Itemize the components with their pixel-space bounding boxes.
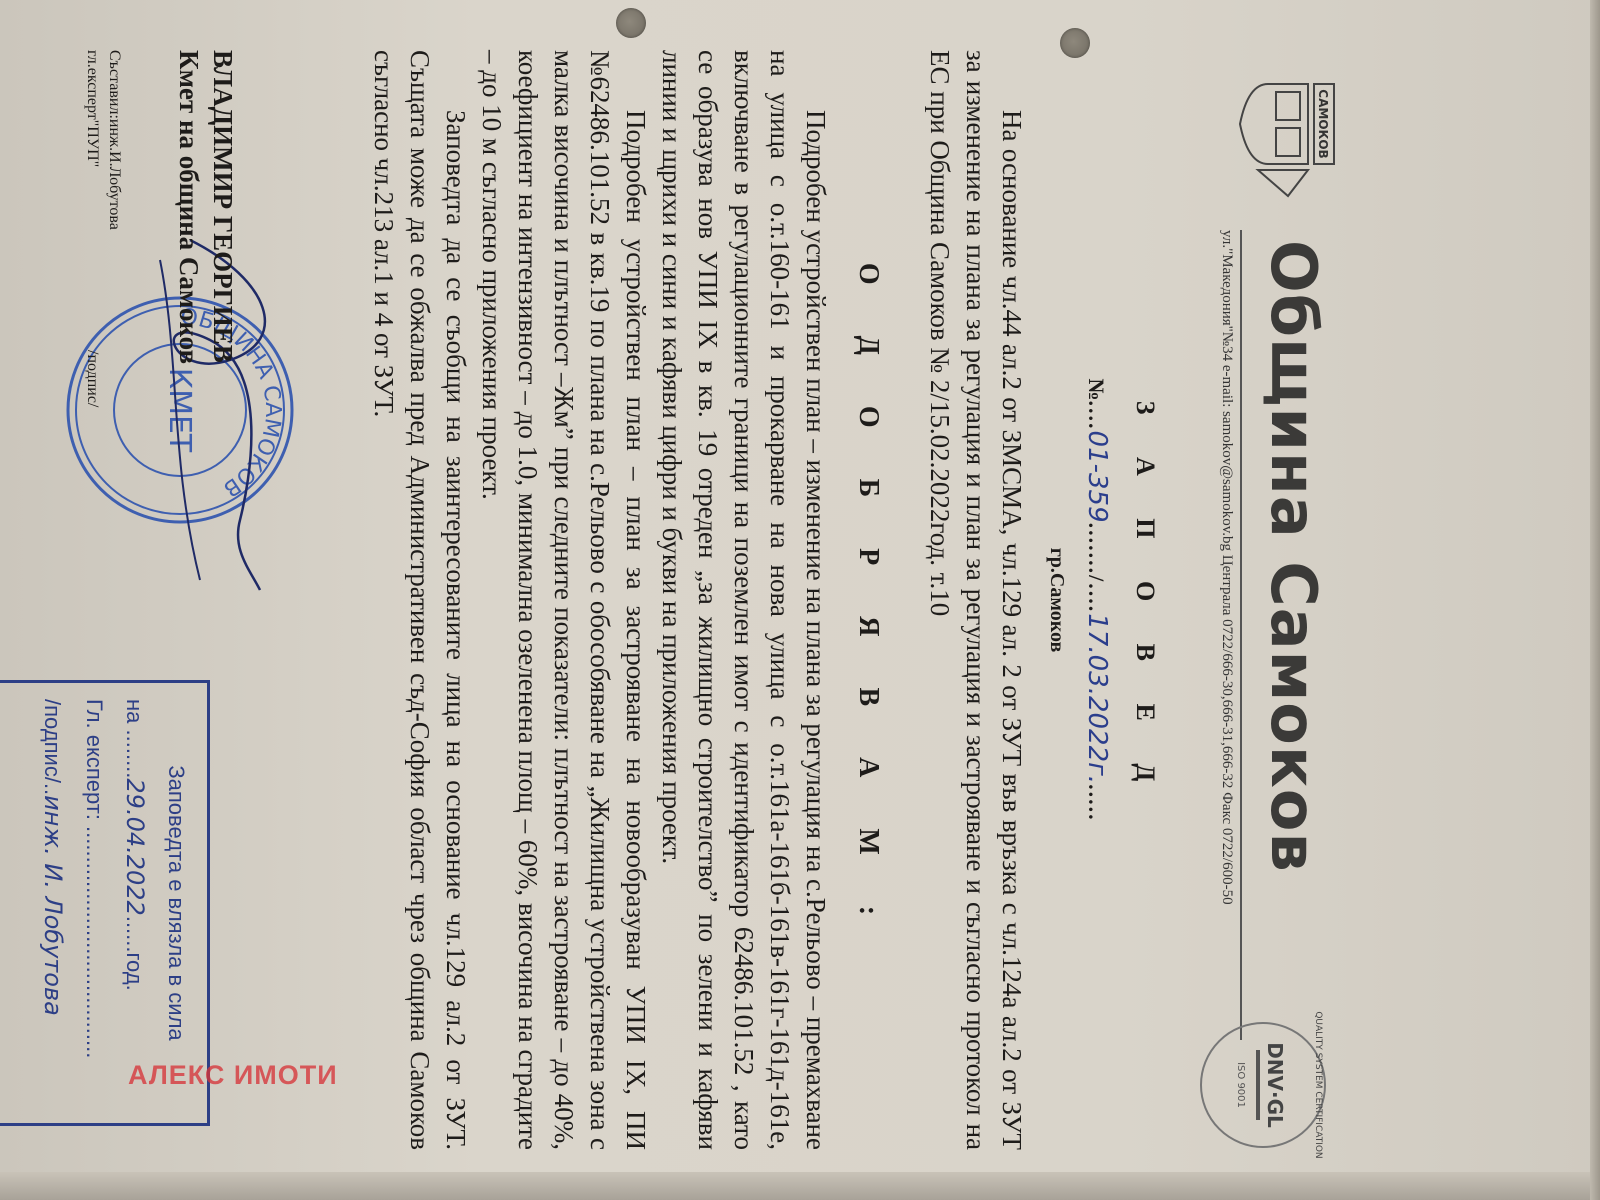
prepared-by: Съставил:инж.И.Лобутова гл.експерт"ПУП" … [81, 50, 125, 230]
svg-text:QUALITY SYSTEM CERTIFICATION: QUALITY SYSTEM CERTIFICATION [1313, 1011, 1323, 1158]
order-title: З А П О В Е Д [1130, 20, 1160, 1180]
force-title: Заповедта е влязла в сила [163, 683, 189, 1123]
prepared-by-role: гл.експерт"ПУП" [81, 50, 103, 230]
mayor-name: ВЛАДИМИР ГЕОРГИЕВ [206, 50, 240, 650]
force-sign-row: /подпис/..инж. И. Лобутова [39, 699, 67, 1123]
order-number: №....01-359......./....17.03.2022г...... [1082, 20, 1112, 1180]
paper-edge-right [1590, 0, 1600, 1200]
organization-name: Община Самоков [1257, 240, 1330, 873]
dnv-gl-certification-icon: DNV·GL ISO 9001 QUALITY SYSTEM CERTIFICA… [1188, 1010, 1338, 1160]
approve-heading: О Д О Б Р Я В А М : [850, 50, 886, 1150]
body-paragraph: Подробен устройствен план – план за заст… [474, 50, 654, 1150]
header-divider [1240, 230, 1242, 1040]
watermark: АЛЕКС ИМОТИ [128, 1060, 338, 1091]
order-body: На основание чл.44 ал.2 от ЗМСМА, чл.129… [366, 50, 1030, 1150]
svg-text:ISO 9001: ISO 9001 [1235, 1062, 1246, 1108]
number-prefix: № [1084, 378, 1109, 400]
force-signer: инж. И. Лобутова [39, 795, 67, 1016]
order-date-handwritten: 17.03.2022г. [1082, 613, 1112, 784]
contact-line: ул."Македония"№34 e-mail: samokov@samoko… [1218, 230, 1235, 905]
order-town: гр.Самоков [1045, 20, 1068, 1180]
signature-block: ВЛАДИМИР ГЕОРГИЕВ Кмет на община Самоков [172, 50, 240, 650]
signature-label: /подпис/ [81, 350, 103, 407]
document-page: САМОКОВ Община Самоков ул."Македония"№34… [0, 20, 1360, 1180]
force-date: 29.04.2022 [121, 778, 149, 915]
preamble-paragraph: На основание чл.44 ал.2 от ЗМСМА, чл.129… [922, 50, 1030, 1150]
body-paragraph: Заповедта да се съобщи на заинтересовани… [366, 50, 474, 1150]
samokov-crest-icon: САМОКОВ [1238, 80, 1338, 200]
letterhead: САМОКОВ Община Самоков ул."Македония"№34… [1188, 80, 1338, 1100]
mayor-title: Кмет на община Самоков [172, 50, 206, 650]
svg-text:САМОКОВ: САМОКОВ [1316, 89, 1330, 158]
order-number-handwritten: 01-359 [1082, 431, 1112, 523]
force-expert-row: Гл. експерт: ...........................… [81, 699, 107, 1123]
prepared-by-name: Съставил:инж.И.Лобутова [103, 50, 125, 230]
body-paragraph: Подробен устройствен план – изменение на… [654, 50, 834, 1150]
svg-text:DNV·GL: DNV·GL [1263, 1042, 1287, 1128]
